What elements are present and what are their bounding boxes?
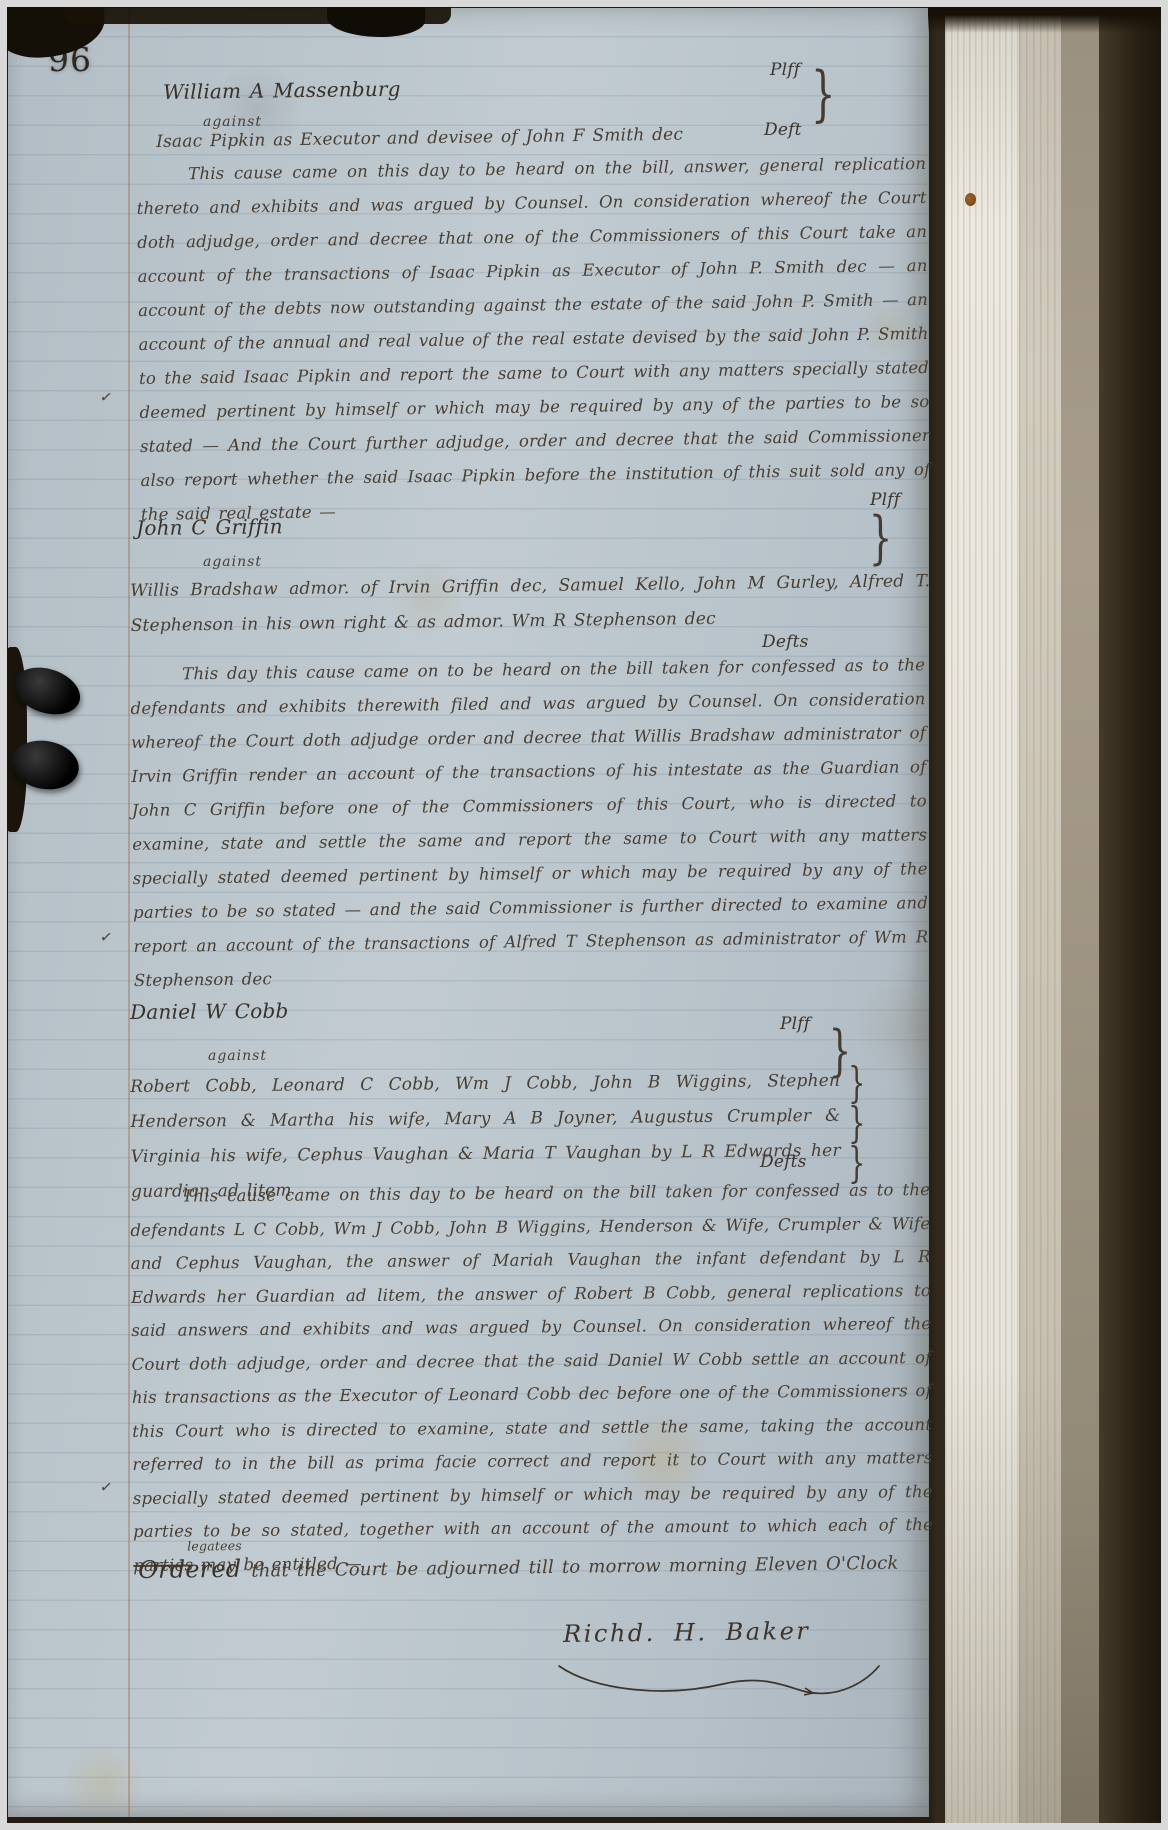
book-edge-pages-dim <box>1061 7 1099 1823</box>
ledger-page: 96 William A Massenburg Plff } against I… <box>8 8 929 1817</box>
margin-check-icon: ✓ <box>99 927 114 947</box>
margin-check-icon: ✓ <box>99 1477 114 1497</box>
plaintiff-name: Daniel W Cobb <box>130 999 289 1024</box>
party-label-deft: Deft <box>764 120 802 140</box>
entry-body: This cause came on this day to be heard … <box>130 1173 933 1582</box>
clerk-signature: Richd. H. Baker <box>563 1617 810 1648</box>
against-label: against <box>208 1048 267 1064</box>
defendants-name: Willis Bradshaw admor. of Irvin Griffin … <box>130 564 931 644</box>
entry-body: This day this cause came on to be heard … <box>130 648 929 998</box>
inserted-word: legatees <box>135 1540 242 1553</box>
party-label-plff: Plff <box>770 60 800 80</box>
brace-icon: } <box>869 508 892 566</box>
plaintiff-name: John C Griffin <box>136 514 283 540</box>
adjournment-lead: Ordered <box>138 1555 241 1584</box>
margin-check-icon: ✓ <box>99 387 114 407</box>
book-edge-pages-mid <box>1019 7 1061 1823</box>
plaintiff-name: William A Massenburg <box>163 77 401 104</box>
signature-flourish-icon <box>553 1658 883 1700</box>
rust-stain <box>965 193 976 206</box>
entry-body-main: This cause came on this day to be heard … <box>130 1180 933 1541</box>
party-label-defts: Defts <box>760 1152 807 1172</box>
book-edge-dark-band <box>1099 7 1161 1823</box>
brace-icon: } <box>811 64 835 124</box>
page-gutter-shadow <box>928 7 945 1823</box>
entry-body: This cause came on this day to be heard … <box>136 147 931 532</box>
party-label-plff: Plff <box>780 1014 810 1034</box>
adjournment-text: that the Court be adjourned till to morr… <box>251 1553 898 1582</box>
against-label: against <box>203 114 262 130</box>
against-label: against <box>203 554 262 570</box>
margin-rule-line <box>128 8 130 1817</box>
book-edge-pages-bright <box>945 7 1019 1823</box>
top-edge-shadow <box>928 7 1161 33</box>
scanned-court-record-photo: 96 William A Massenburg Plff } against I… <box>0 0 1168 1830</box>
